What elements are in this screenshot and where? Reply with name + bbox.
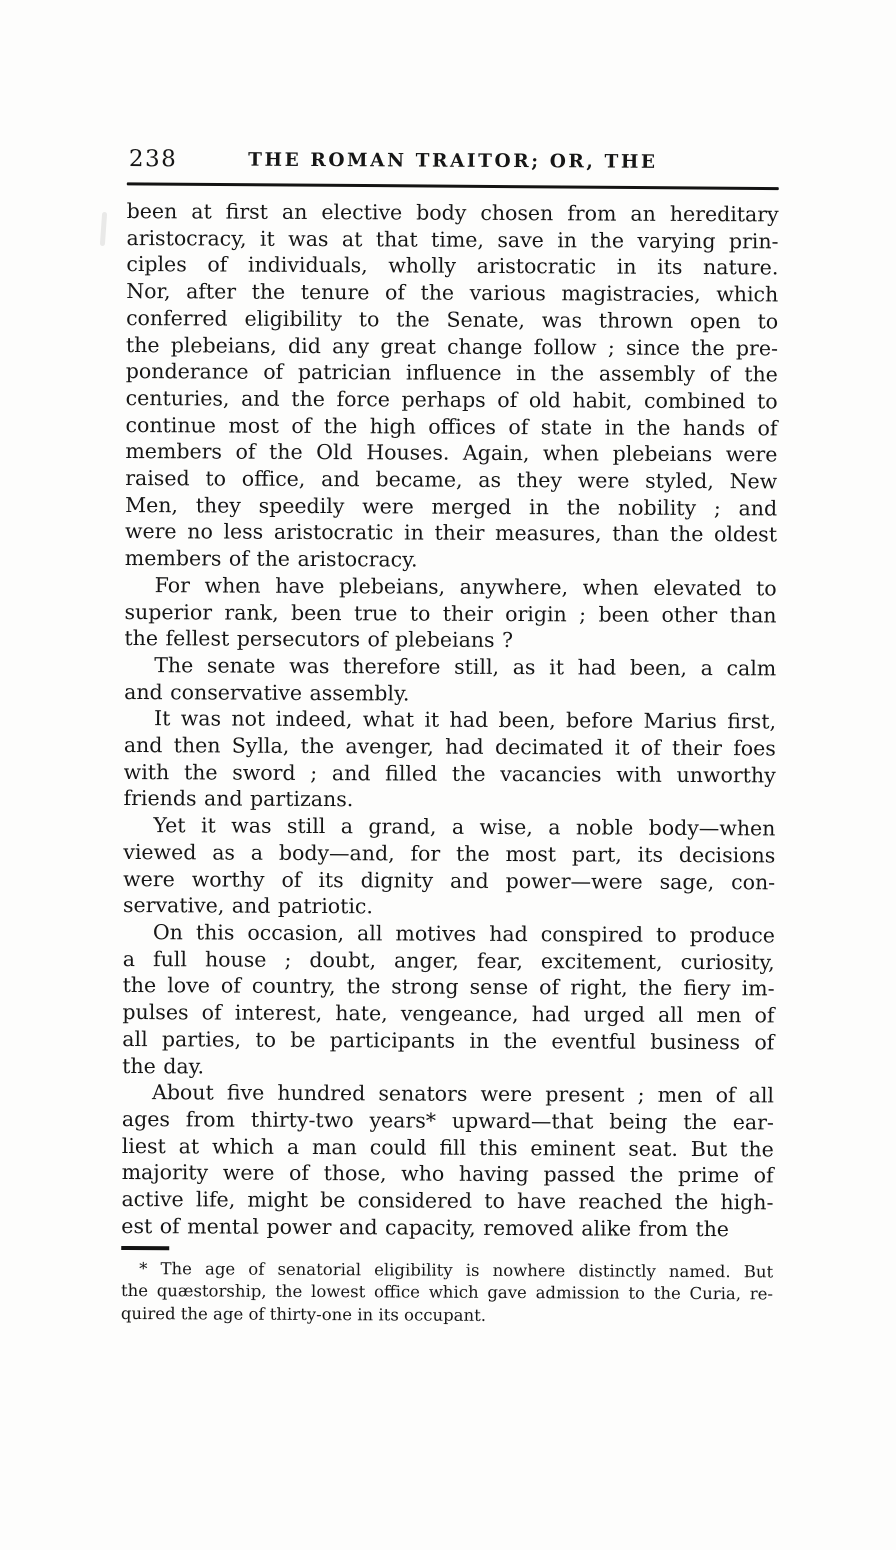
text-line: est of mental power and capacity, remove…	[121, 1213, 773, 1243]
text-line: raised to office, and became, as they we…	[125, 465, 777, 495]
text-line: and then Sylla, the avenger, had decimat…	[124, 732, 776, 762]
text-line: the plebeians, did any great change foll…	[126, 332, 778, 362]
paragraph: Yet it was still a grand, a wise, a nobl…	[123, 812, 776, 922]
text-line: Men, they speedily were merged in the no…	[125, 492, 777, 522]
text-line: conferred eligibility to the Senate, was…	[126, 305, 778, 335]
text-line: On this occasion, all motives had conspi…	[123, 919, 775, 949]
text-line: ciples of individuals, wholly aristocrat…	[126, 251, 778, 281]
text-line: been at first an elective body chosen fr…	[127, 198, 779, 228]
text-line: the love of country, the strong sense of…	[123, 972, 775, 1002]
text-line: with the sword ; and filled the vacancie…	[124, 759, 776, 789]
text-line: the day.	[122, 1052, 774, 1082]
paragraph: For when have plebeians, anywhere, when …	[124, 572, 776, 656]
text-line: About five hundred senators were present…	[122, 1079, 774, 1109]
text-line: quired the age of thirty-one in its occu…	[121, 1303, 773, 1329]
page-number: 238	[129, 146, 178, 172]
text-line: and conservative assembly.	[124, 679, 776, 709]
text-line: were no less aristocratic in their measu…	[125, 518, 777, 548]
text-line: friends and partizans.	[124, 785, 776, 815]
text-line: superior rank, been true to their origin…	[124, 599, 776, 629]
scan-smudge	[100, 212, 107, 246]
text-line: ages from thirty-two years* upward—that …	[122, 1106, 774, 1136]
text-line: centuries, and the force perhaps of old …	[126, 385, 778, 415]
text-line: the quæstorship, the lowest office which…	[121, 1280, 773, 1306]
text-line: Yet it was still a grand, a wise, a nobl…	[123, 812, 775, 842]
text-line: pulses of interest, hate, vengeance, had…	[122, 999, 774, 1029]
page-header: 238 THE ROMAN TRAITOR; OR, THE	[127, 146, 779, 179]
text-line: The senate was therefore still, as it ha…	[124, 652, 776, 682]
page-content: 238 THE ROMAN TRAITOR; OR, THE been at f…	[121, 146, 779, 1329]
text-line: members of the Old Houses. Again, when p…	[125, 438, 777, 468]
text-line: members of the aristocracy.	[125, 545, 777, 575]
text-line: were worthy of its dignity and power—wer…	[123, 866, 775, 896]
header-rule	[127, 182, 779, 190]
text-line: active life, might be considered to have…	[121, 1186, 773, 1216]
text-line: It was not indeed, what it had been, bef…	[124, 705, 776, 735]
text-line: viewed as a body—and, for the most part,…	[123, 839, 775, 869]
text-line: aristocracy, it was at that time, save i…	[126, 225, 778, 255]
text-line: Nor, after the tenure of the various mag…	[126, 278, 778, 308]
text-line: servative, and patriotic.	[123, 892, 775, 922]
text-line: the fellest persecutors of plebeians ?	[124, 625, 776, 655]
footnote: * The age of senatorial eligibility is n…	[121, 1258, 773, 1329]
text-line: continue most of the high offices of sta…	[125, 412, 777, 442]
text-line: liest at which a man could fill this emi…	[122, 1133, 774, 1163]
paragraph: About five hundred senators were present…	[121, 1079, 774, 1243]
text-line: a full house ; doubt, anger, fear, excit…	[123, 946, 775, 976]
footnote-rule	[121, 1246, 169, 1250]
text-line: majority were of those, who having passe…	[122, 1159, 774, 1189]
text-line: all parties, to be participants in the e…	[122, 1026, 774, 1056]
paragraph: It was not indeed, what it had been, bef…	[124, 705, 777, 815]
text-line: For when have plebeians, anywhere, when …	[125, 572, 777, 602]
book-page-scan: 238 THE ROMAN TRAITOR; OR, THE been at f…	[0, 0, 896, 1550]
text-line: ponderance of patrician influence in the…	[126, 358, 778, 388]
paragraph: The senate was therefore still, as it ha…	[124, 652, 776, 709]
paragraph: been at first an elective body chosen fr…	[125, 198, 779, 575]
paragraph: On this occasion, all motives had conspi…	[122, 919, 775, 1083]
running-title: THE ROMAN TRAITOR; OR, THE	[127, 146, 779, 173]
body-text: been at first an elective body chosen fr…	[121, 198, 778, 1243]
